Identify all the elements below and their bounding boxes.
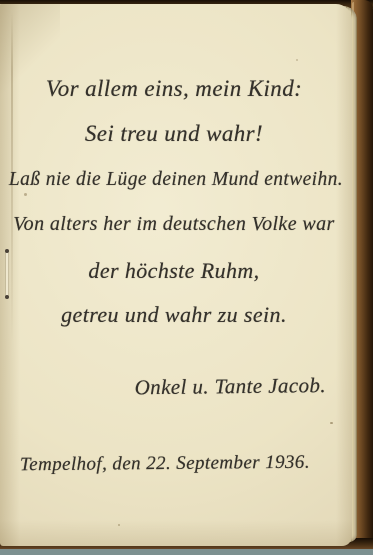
verse-line-6: getreu und wahr zu sein. xyxy=(6,302,342,328)
paper-speck xyxy=(24,193,27,196)
verse-line-4: Von alters her im deutschen Volke war xyxy=(6,213,342,236)
verse-line-3: Laß nie die Lüge deinen Mund entweihn. xyxy=(2,169,350,191)
album-page: Vor allem eins, mein Kind: Sei treu und … xyxy=(0,4,352,546)
photo-of-album-page: Vor allem eins, mein Kind: Sei treu und … xyxy=(0,0,373,555)
verse-line-2: Sei treu und wahr! xyxy=(6,121,342,147)
paper-speck xyxy=(330,422,333,424)
signature-line: Onkel u. Tante Jacob. xyxy=(0,373,326,402)
verse-line-5: der höchste Ruhm, xyxy=(6,258,342,284)
place-and-date-line: Tempelhof, den 22. September 1936. xyxy=(20,452,310,477)
paper-speck xyxy=(296,59,298,61)
paper-speck xyxy=(118,524,120,526)
verse-line-1: Vor allem eins, mein Kind: xyxy=(6,76,342,102)
